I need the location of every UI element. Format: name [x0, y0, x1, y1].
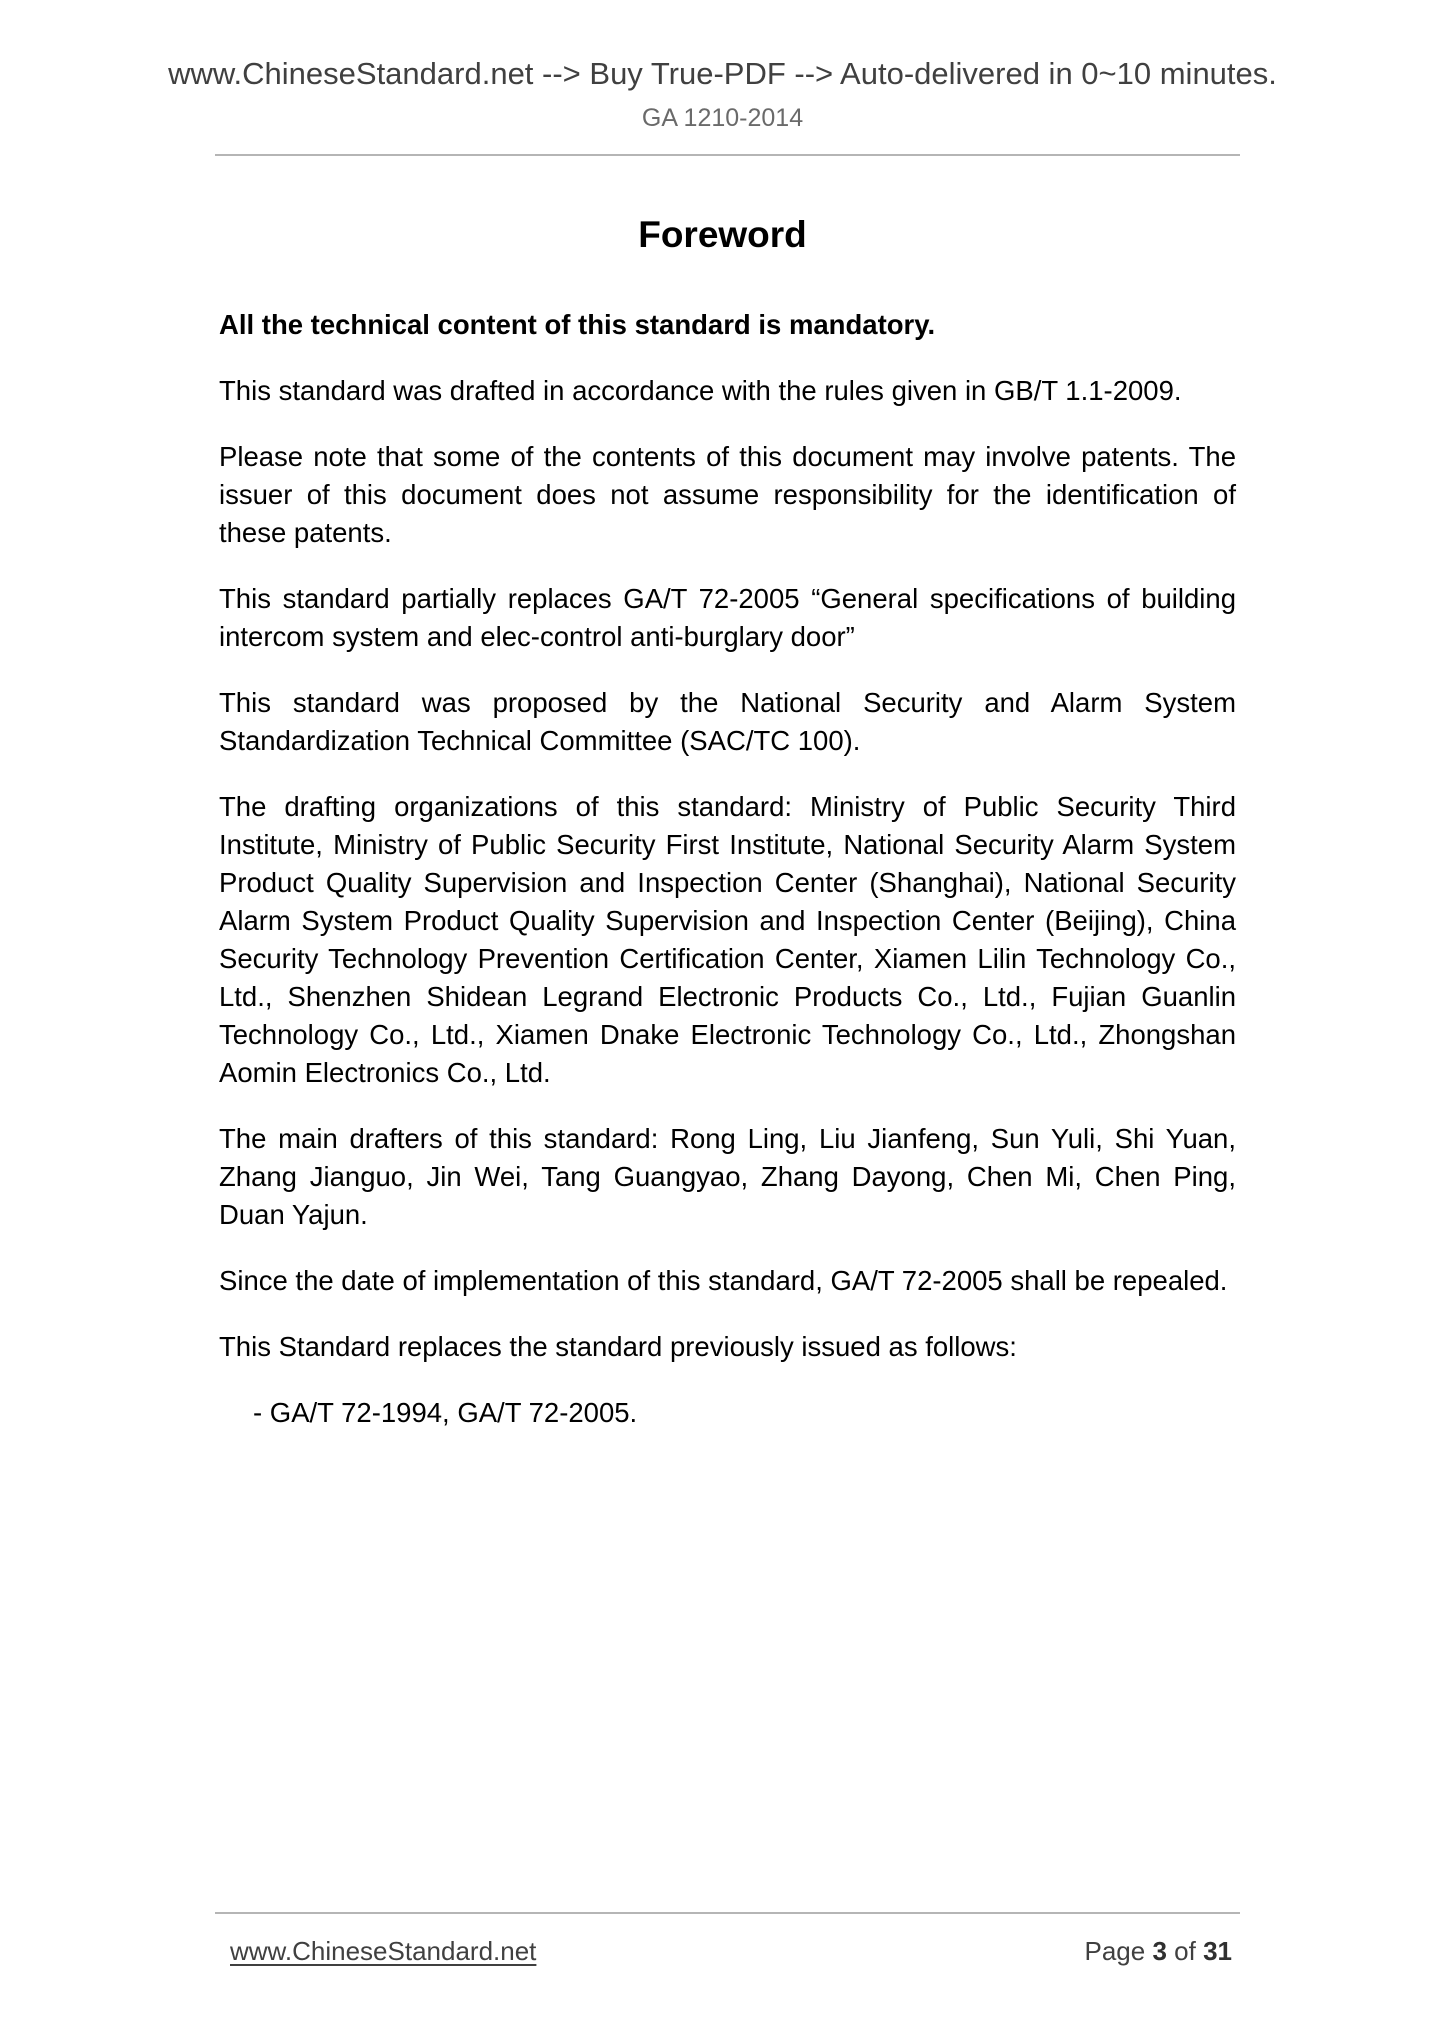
page-number: Page 3 of 31: [1084, 1936, 1232, 1967]
footer-website-link[interactable]: www.ChineseStandard.net: [230, 1936, 536, 1967]
repeal-paragraph: Since the date of implementation of this…: [219, 1262, 1236, 1300]
previous-editions-list-item: - GA/T 72-1994, GA/T 72-2005.: [219, 1394, 1236, 1432]
proposer-paragraph: This standard was proposed by the Nation…: [219, 684, 1236, 760]
page-title: Foreword: [0, 214, 1445, 256]
document-id: GA 1210-2014: [0, 104, 1445, 133]
mandatory-statement: All the technical content of this standa…: [219, 306, 1236, 344]
header-banner: www.ChineseStandard.net --> Buy True-PDF…: [0, 56, 1445, 92]
footer-divider: [215, 1912, 1240, 1914]
header-divider: [215, 154, 1240, 156]
partial-replacement-paragraph: This standard partially replaces GA/T 72…: [219, 580, 1236, 656]
drafting-rules-paragraph: This standard was drafted in accordance …: [219, 372, 1236, 410]
patent-notice-paragraph: Please note that some of the contents of…: [219, 438, 1236, 552]
previous-editions-intro: This Standard replaces the standard prev…: [219, 1328, 1236, 1366]
page-total: 31: [1203, 1936, 1232, 1966]
foreword-body: All the technical content of this standa…: [219, 306, 1236, 1460]
page-label: Page: [1084, 1936, 1145, 1966]
page-current: 3: [1152, 1936, 1166, 1966]
page-of: of: [1174, 1936, 1196, 1966]
main-drafters-paragraph: The main drafters of this standard: Rong…: [219, 1120, 1236, 1234]
drafting-organizations-paragraph: The drafting organizations of this stand…: [219, 788, 1236, 1092]
